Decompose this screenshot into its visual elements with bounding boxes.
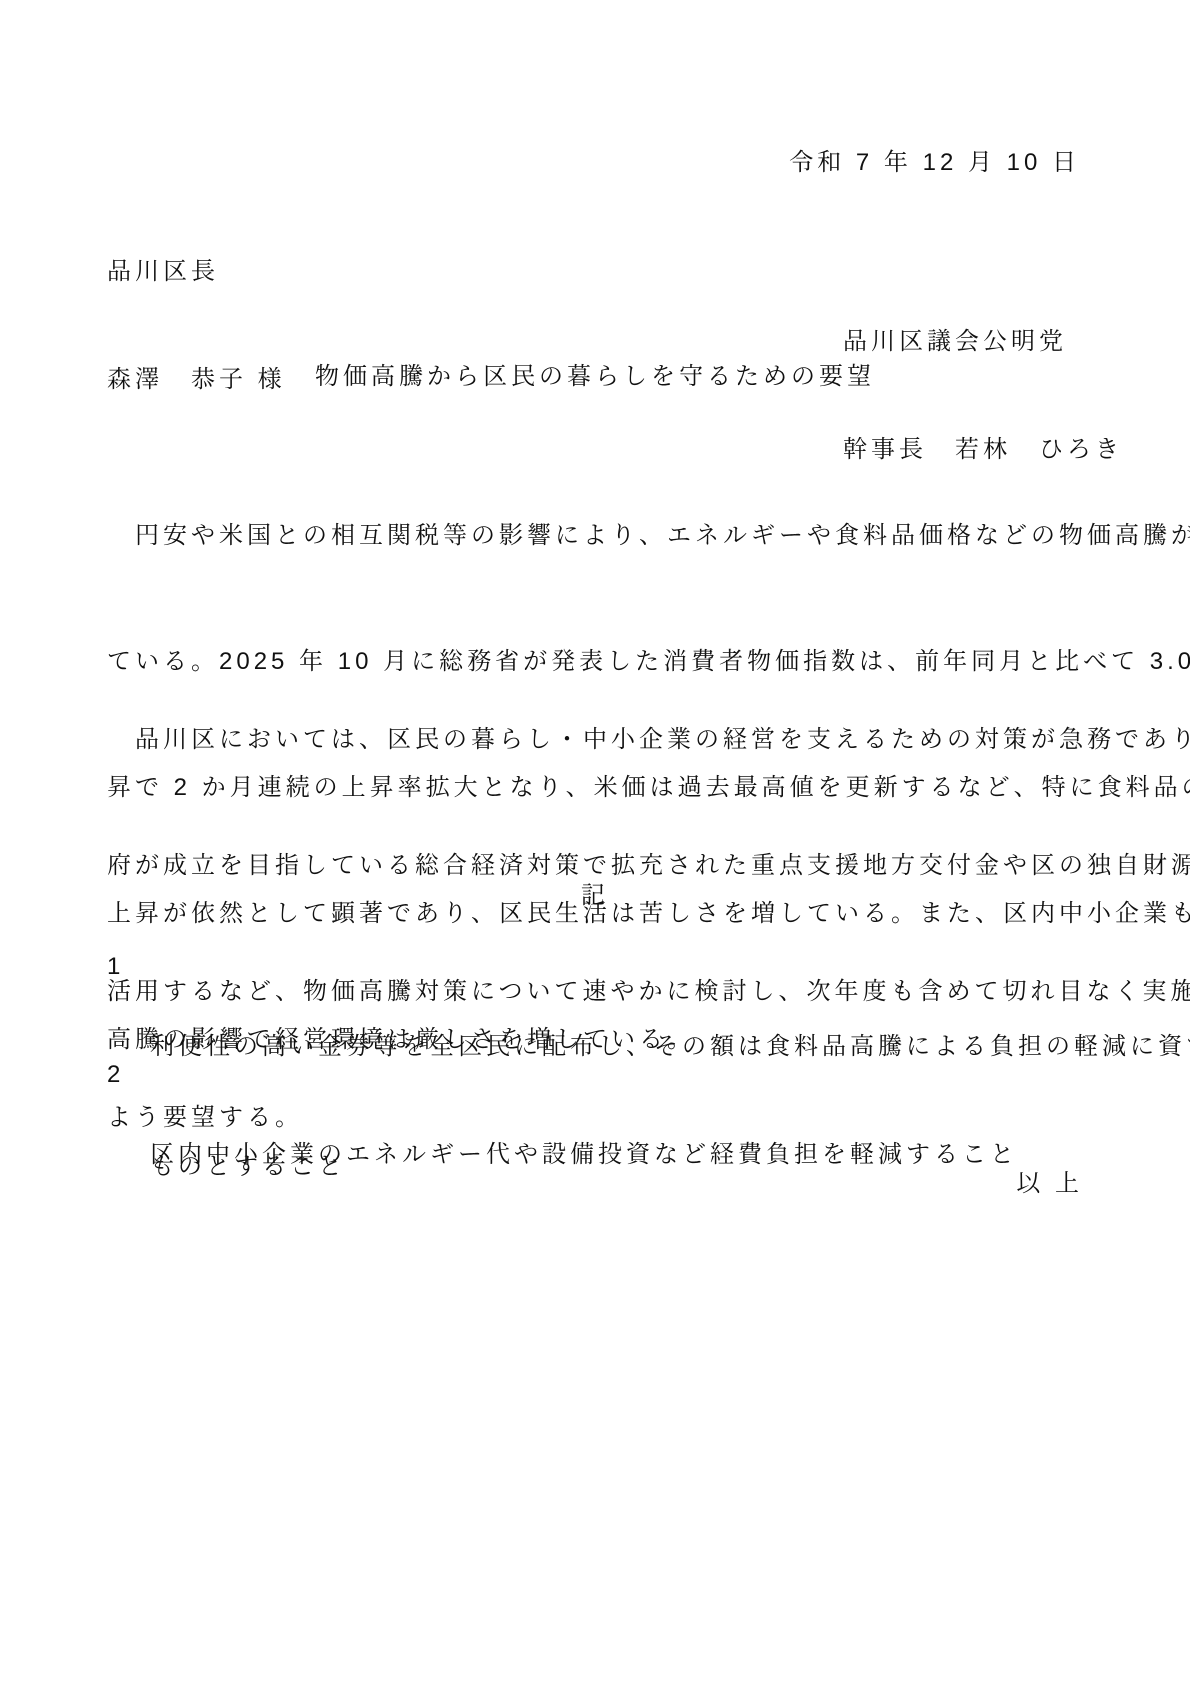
paragraph-line: 品川区においては、区民の暮らし・中小企業の経営を支えるための対策が急務であり、政 bbox=[107, 719, 1087, 761]
closing-phrase: 以 上 bbox=[1016, 1163, 1083, 1205]
paragraph-line: 円安や米国との相互関税等の影響により、エネルギーや食料品価格などの物価高騰が続い bbox=[107, 515, 1087, 557]
sender-organization: 品川区議会公明党 bbox=[843, 324, 1123, 360]
document-page: 令和 7 年 12 月 10 日 品川区長 森澤 恭子 様 品川区議会公明党 幹… bbox=[0, 0, 1190, 1683]
item-line: 区内中小企業のエネルギー代や設備投資など経費負担を軽減すること bbox=[150, 1135, 1087, 1175]
document-date: 令和 7 年 12 月 10 日 bbox=[789, 142, 1080, 184]
addressee-title: 品川区長 bbox=[107, 254, 286, 290]
item-number: 2 bbox=[107, 1055, 150, 1255]
item-text: 区内中小企業のエネルギー代や設備投資など経費負担を軽減すること bbox=[150, 1055, 1087, 1255]
document-title: 物価高騰から区民の暮らしを守るための要望 bbox=[0, 356, 1190, 398]
request-item-2: 2 区内中小企業のエネルギー代や設備投資など経費負担を軽減すること bbox=[107, 1055, 1087, 1255]
record-marker: 記 bbox=[0, 875, 1190, 917]
addressee-block: 品川区長 森澤 恭子 様 bbox=[107, 182, 286, 470]
